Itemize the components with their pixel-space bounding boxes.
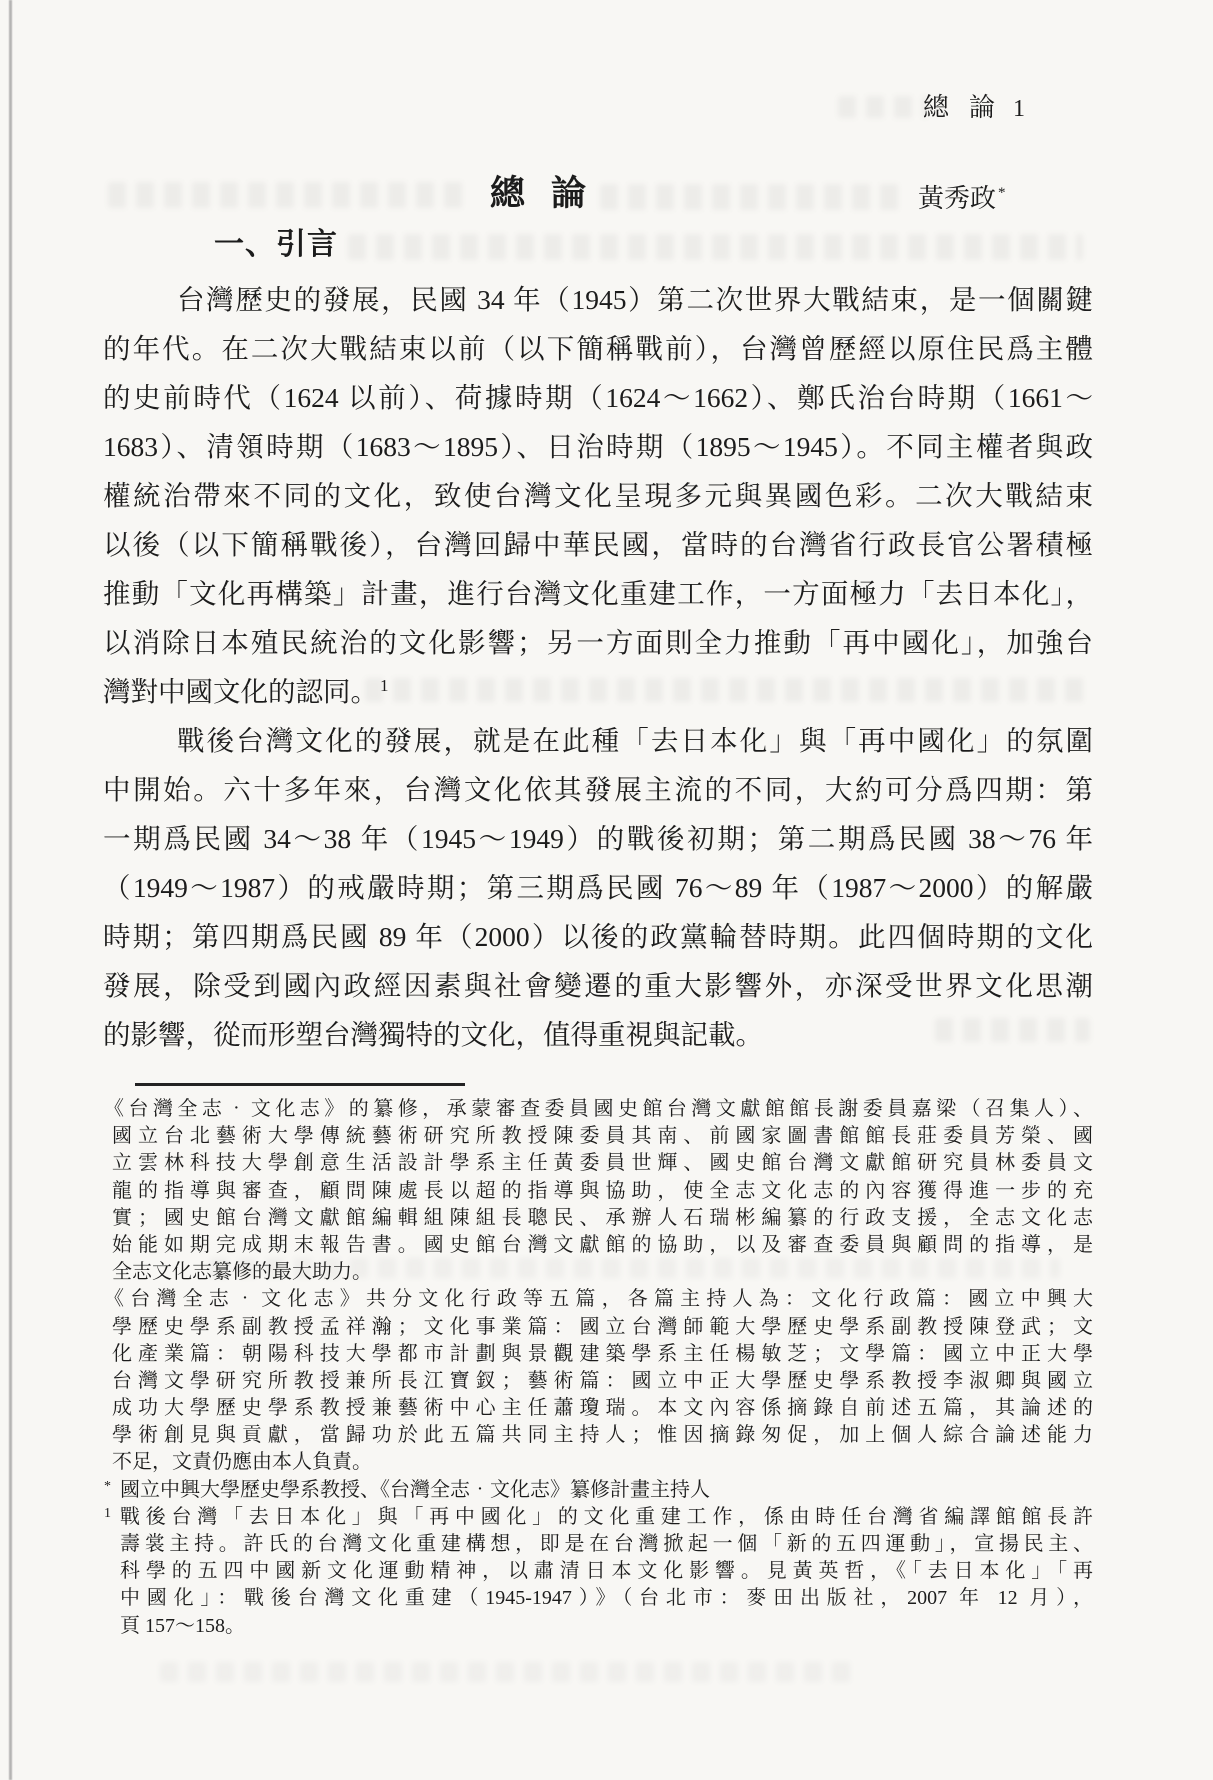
text-line: 時期；第四期爲民國 89 年（2000）以後的政黨輪替時期。此四個時期的文化 xyxy=(103,912,1093,961)
footnote-line: 科學的五四中國新文化運動精神，以肅清日本文化影響。見黃英哲，《「去日本化」「再 xyxy=(120,1558,1093,1585)
scanned-document-page: 總論1 總論 黃秀政* 一、引言 台灣歷史的發展，民國 34 年（1945）第二… xyxy=(0,0,1213,1780)
footnote-star-marker: * xyxy=(104,1480,111,1494)
text-line: 台灣歷史的發展，民國 34 年（1945）第二次世界大戰結束，是一個關鍵 xyxy=(103,275,1093,324)
footnote-line: 台灣文學研究所教授兼所長江寶釵；藝術篇：國立中正大學歷史學系教授李淑卿與國立 xyxy=(112,1368,1093,1395)
text-line: 以後（以下簡稱戰後），台灣回歸中華民國，當時的台灣省行政長官公署積極 xyxy=(103,520,1093,569)
author-text: 黃秀政 xyxy=(918,184,996,213)
footnote-line: 全志文化志纂修的最大助力。 xyxy=(112,1259,1093,1286)
footnote-line: 戰後台灣「去日本化」與「再中國化」的文化重建工作，係由時任台灣省編譯館館長許 xyxy=(120,1504,1093,1531)
footnote-line: 頁 157～158。 xyxy=(120,1613,1093,1640)
text-line: （1949～1987）的戒嚴時期；第三期爲民國 76～89 年（1987～200… xyxy=(103,863,1093,912)
title-word: 總 xyxy=(490,174,525,213)
text-line: 的影響，從而形塑台灣獨特的文化，值得重視與記載。 xyxy=(103,1010,1093,1059)
text-line: 1683）、清領時期（1683～1895）、日治時期（1895～1945）。不同… xyxy=(103,422,1093,471)
text-line: 中開始。六十多年來，台灣文化依其發展主流的不同，大約可分爲四期：第 xyxy=(103,765,1093,814)
bleedthrough-artifact xyxy=(600,184,900,210)
running-header: 總論1 xyxy=(923,94,1025,123)
footnote-line: 實；國史館台灣文獻館編輯組陳組長聰民、承辦人石瑞彬編纂的行政支援，全志文化志 xyxy=(112,1205,1093,1232)
text-line: 的年代。在二次大戰結束以前（以下簡稱戰前），台灣曾歷經以原住民爲主體 xyxy=(103,324,1093,373)
footnote-separator xyxy=(135,1083,465,1086)
footnote-line: 化產業篇：朝陽科技大學都市計劃與景觀建築學系主任楊敏芝；文學篇：國立中正大學 xyxy=(112,1341,1093,1368)
bleedthrough-artifact xyxy=(838,96,928,118)
footnote-star: * 國立中興大學歷史學系教授、《台灣全志‧文化志》纂修計畫主持人 xyxy=(104,1477,1093,1504)
footnote-ref-1: 1 xyxy=(380,676,389,695)
footnote-line: 學歷史學系副教授孟祥瀚；文化事業篇：國立台灣師範大學歷史學系副教授陳登武；文 xyxy=(112,1314,1093,1341)
text-line-fragment: 灣對中國文化的認同。 xyxy=(103,676,378,707)
text-line: 戰後台灣文化的發展，就是在此種「去日本化」與「再中國化」的氛圍 xyxy=(103,716,1093,765)
body-text: 台灣歷史的發展，民國 34 年（1945）第二次世界大戰結束，是一個關鍵 的年代… xyxy=(103,275,1093,1059)
author-name: 黃秀政* xyxy=(918,184,1006,214)
footnote-line: 不足，文責仍應由本人負責。 xyxy=(112,1449,1093,1476)
text-line: 權統治帶來不同的文化，致使台灣文化呈現多元與異國色彩。二次大戰結束 xyxy=(103,471,1093,520)
document-title: 總論 xyxy=(490,174,586,214)
bleedthrough-artifact xyxy=(348,234,1083,260)
running-header-word: 論 xyxy=(969,93,995,122)
footnote-line: 《台灣全志‧文化志》的纂修，承蒙審查委員國史館台灣文獻館館長謝委員嘉梁（召集人）… xyxy=(104,1096,1093,1123)
footnote-line: 始能如期完成期末報告書。國史館台灣文獻館的協助，以及審查委員與顧問的指導，是 xyxy=(112,1232,1093,1259)
text-line: 一期爲民國 34～38 年（1945～1949）的戰後初期；第二期爲民國 38～… xyxy=(103,814,1093,863)
footnote-line: 壽裳主持。許氏的台灣文化重建構想，即是在台灣掀起一個「新的五四運動」，宣揚民主、 xyxy=(120,1531,1093,1558)
footnote-1-marker: 1 xyxy=(104,1507,111,1521)
title-word: 論 xyxy=(551,174,586,213)
text-line: 推動「文化再構築」計畫，進行台灣文化重建工作，一方面極力「去日本化」， xyxy=(103,569,1093,618)
text-line: 發展，除受到國內政經因素與社會變遷的重大影響外，亦深受世界文化思潮 xyxy=(103,961,1093,1010)
text-line: 灣對中國文化的認同。1 xyxy=(103,667,1093,716)
running-header-word: 總 xyxy=(923,93,949,122)
footnote-line: 國立中興大學歷史學系教授、《台灣全志‧文化志》纂修計畫主持人 xyxy=(120,1477,1093,1504)
footnote-line: 學術創見與貢獻，當歸功於此五篇共同主持人；惟因摘錄匆促，加上個人綜合論述能力 xyxy=(112,1422,1093,1449)
bleedthrough-artifact xyxy=(160,1662,860,1682)
text-line: 以消除日本殖民統治的文化影響；另一方面則全力推動「再中國化」，加強台 xyxy=(103,618,1093,667)
footnote-line: 龍的指導與審查，顧問陳處長以超的指導與協助，使全志文化志的內容獲得進一步的充 xyxy=(112,1178,1093,1205)
page-number: 1 xyxy=(1013,96,1025,122)
footnote-line: 國立台北藝術大學傳統藝術研究所教授陳委員其南、前國家圖書館館長莊委員芳榮、國 xyxy=(112,1123,1093,1150)
footnotes: 《台灣全志‧文化志》的纂修，承蒙審查委員國史館台灣文獻館館長謝委員嘉梁（召集人）… xyxy=(104,1096,1093,1640)
bleedthrough-artifact xyxy=(108,182,468,208)
section-heading: 一、引言 xyxy=(214,227,338,263)
scan-edge-artifact xyxy=(9,0,12,1780)
footnote-line: 《台灣全志‧文化志》共分文化行政等五篇，各篇主持人為：文化行政篇：國立中興大 xyxy=(104,1286,1093,1313)
text-line: 的史前時代（1624 以前）、荷據時期（1624～1662）、鄭氏治台時期（16… xyxy=(103,373,1093,422)
footnote-line: 立雲林科技大學創意生活設計學系主任黃委員世輝、國史館台灣文獻館研究員林委員文 xyxy=(112,1150,1093,1177)
author-footnote-mark: * xyxy=(998,185,1006,201)
footnote-line: 中國化」：戰後台灣文化重建（1945-1947）》（台北市：麥田出版社，2007… xyxy=(120,1585,1093,1612)
footnote-1: 1 戰後台灣「去日本化」與「再中國化」的文化重建工作，係由時任台灣省編譯館館長許… xyxy=(104,1504,1093,1640)
footnote-line: 成功大學歷史學系教授兼藝術中心主任蕭瓊瑞。本文內容係摘錄自前述五篇，其論述的 xyxy=(112,1395,1093,1422)
